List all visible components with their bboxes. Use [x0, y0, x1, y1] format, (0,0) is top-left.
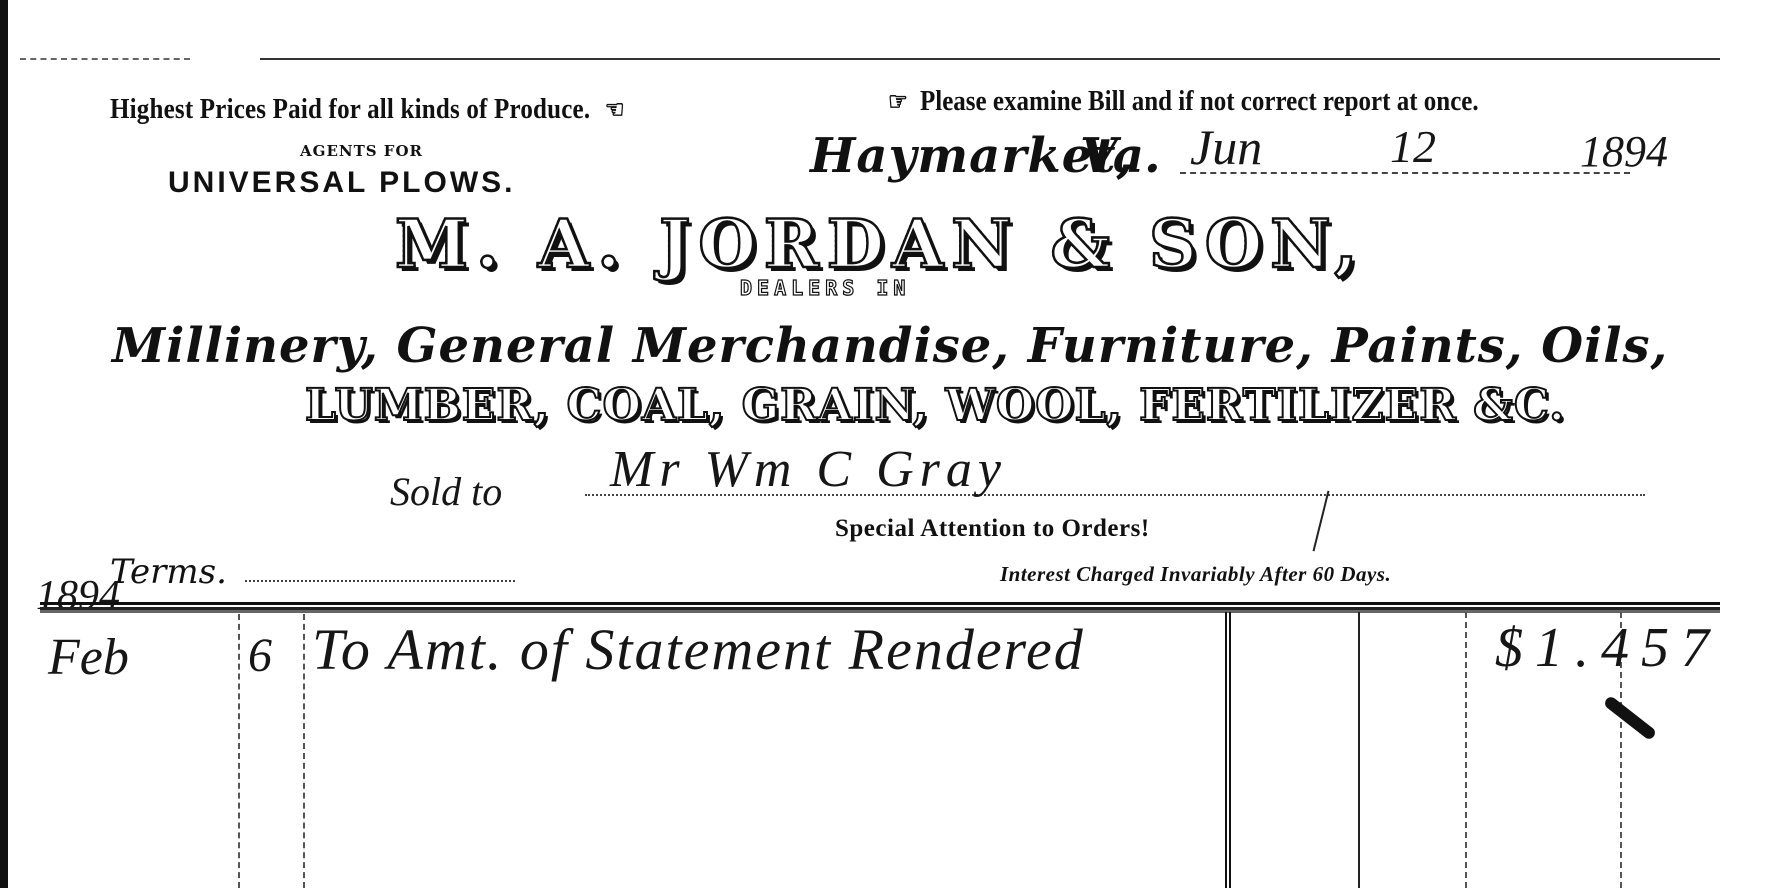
examine-notice-text: Please examine Bill and if not correct r… — [920, 86, 1479, 117]
special-attention-notice: Special Attention to Orders! — [835, 515, 1150, 543]
entry-description: To Amt. of Statement Rendered — [312, 616, 1085, 683]
pointing-hand-icon: ☜ — [605, 95, 625, 125]
interest-notice: Interest Charged Invariably After 60 Day… — [1000, 562, 1391, 587]
ink-mark — [1603, 695, 1658, 741]
goods-line-1: Millinery, General Merchandise, Furnitur… — [112, 318, 1668, 374]
top-rule — [260, 58, 1720, 60]
sold-to-value: Mr Wm C Gray — [610, 440, 1007, 499]
date-month: Jun — [1190, 118, 1262, 176]
table-header-rule — [40, 602, 1720, 605]
place-state: Va. — [1080, 128, 1161, 184]
goods-line-2: LUMBER, COAL, GRAIN, WOOL, FERTILIZER &C… — [305, 380, 1565, 431]
column-divider-ref-amount — [1358, 612, 1360, 888]
column-divider-month-day — [238, 614, 240, 888]
top-rule — [20, 58, 190, 60]
date-year: 1894 — [1580, 126, 1668, 177]
entry-day: 6 — [248, 628, 272, 683]
column-divider-description-ref — [1225, 612, 1227, 888]
pointing-hand-right-icon: ☞ — [888, 87, 908, 117]
dealers-in-label: DEALERS IN — [740, 276, 910, 300]
column-divider-day-description — [303, 614, 305, 888]
produce-notice: Highest Prices Paid for all kinds of Pro… — [110, 94, 625, 126]
terms-label: Terms. — [110, 552, 227, 592]
terms-line — [245, 580, 515, 582]
examine-notice: ☞ Please examine Bill and if not correct… — [888, 86, 1479, 118]
agents-for-label: AGENTS FOR — [300, 142, 423, 160]
year-note: 1894 — [36, 572, 120, 620]
produce-notice-text: Highest Prices Paid for all kinds of Pro… — [110, 94, 590, 125]
column-divider-dollars — [1465, 612, 1467, 888]
entry-month: Feb — [48, 628, 129, 687]
scan-left-border — [0, 0, 8, 888]
date-day: 12 — [1390, 120, 1436, 173]
sold-to-label: Sold to — [390, 468, 502, 515]
agency-name: UNIVERSAL PLOWS. — [168, 166, 515, 200]
firm-name: M. A. JORDAN & SON, — [395, 205, 1365, 283]
entry-amount: $1.457 — [1495, 616, 1721, 680]
check-mark-stroke — [1313, 491, 1330, 552]
